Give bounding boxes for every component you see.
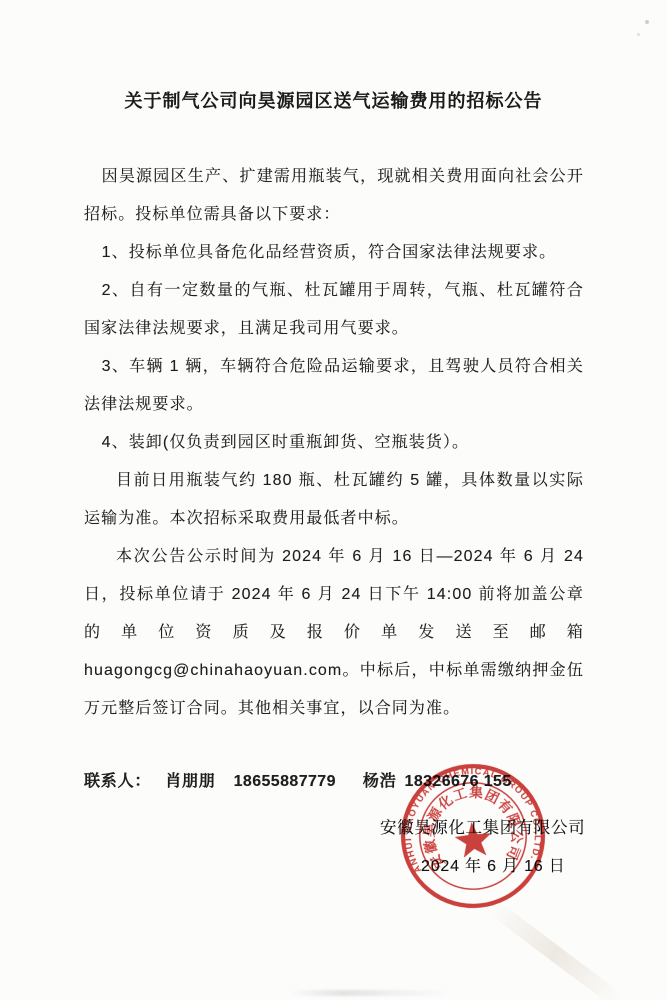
contact-person1-name: 肖朋朋: [165, 773, 215, 790]
scan-streak-artifact: [487, 900, 623, 1000]
contact-label: 联系人：: [84, 773, 151, 790]
seal-star-icon: [453, 820, 493, 859]
scan-speck-artifact: [645, 20, 649, 24]
paragraph-requirement-4: 4、装卸(仅负责到园区时重瓶卸货、空瓶装货）。: [84, 424, 584, 462]
scanned-document-page: 关于制气公司向昊源园区送气运输费用的招标公告 因昊源园区生产、扩建需用瓶装气，现…: [0, 0, 667, 1000]
scan-smudge-artifact: [290, 990, 450, 996]
paragraph-requirement-2: 2、自有一定数量的气瓶、杜瓦罐用于周转，气瓶、杜瓦罐符合国家法律法规要求，且满足…: [84, 272, 584, 348]
paragraph-requirement-1: 1、投标单位具备危化品经营资质，符合国家法律法规要求。: [84, 234, 584, 272]
paragraph-requirement-3: 3、车辆 1 辆，车辆符合危险品运输要求，且驾驶人员符合相关法律法规要求。: [84, 348, 584, 424]
contact-line: 联系人：肖朋朋18655887779杨浩18326676 155: [84, 763, 667, 801]
paragraph-current-volume: 目前日用瓶装气约 180 瓶、杜瓦罐约 5 罐，具体数量以实际运输为准。本次招标…: [84, 462, 584, 538]
paragraph-intro: 因昊源园区生产、扩建需用瓶装气，现就相关费用面向社会公开招标。投标单位需具备以下…: [84, 158, 584, 234]
contact-person1-phone: 18655887779: [234, 773, 336, 790]
paragraph-notice-period: 本次公告公示时间为 2024 年 6 月 16 日—2024 年 6 月 24 …: [84, 538, 584, 728]
company-seal-stamp: ANHUI HAOYUAN CHEMICAL GROUP CO.,LTD. 安徽…: [389, 752, 556, 919]
document-body: 因昊源园区生产、扩建需用瓶装气，现就相关费用面向社会公开招标。投标单位需具备以下…: [84, 158, 584, 728]
document-title: 关于制气公司向昊源园区送气运输费用的招标公告: [84, 88, 583, 114]
scan-speck-artifact: [637, 33, 640, 36]
